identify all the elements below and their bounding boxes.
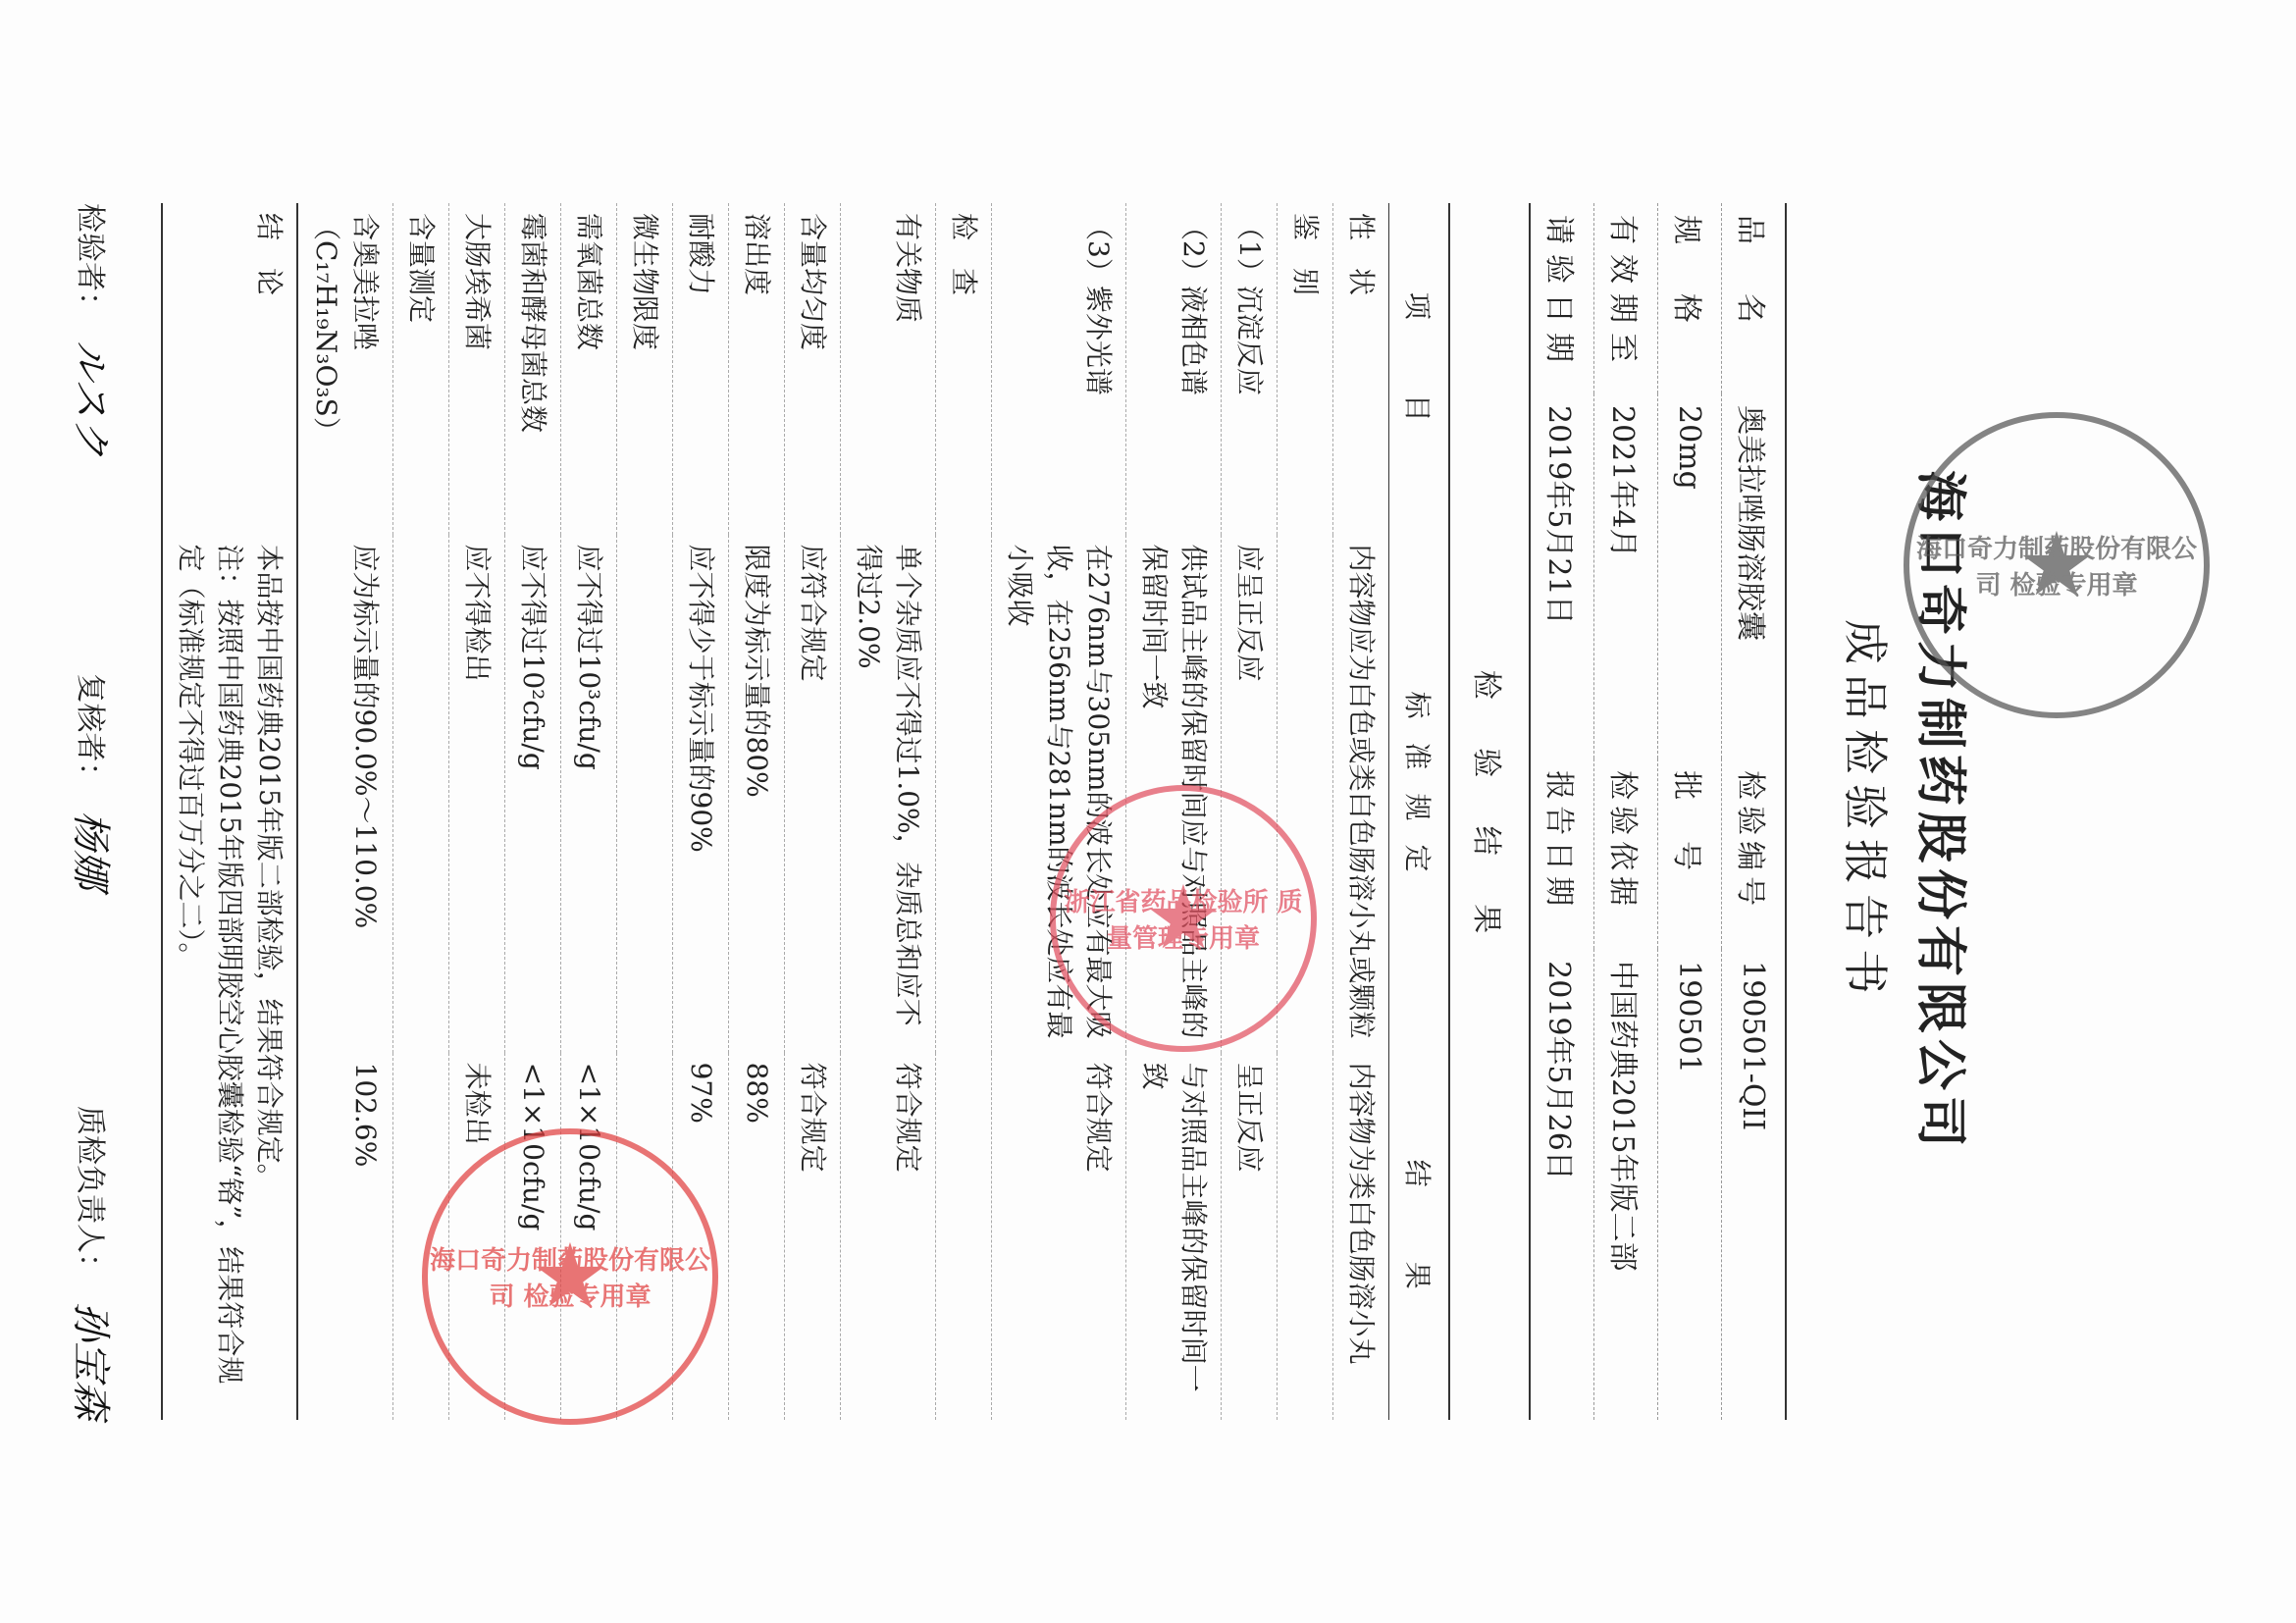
report-title: 成品检验报告书 — [1836, 125, 1901, 1498]
qc-signature: 质检负责人： 孙宝森 — [66, 1106, 122, 1420]
company-seal-stamp: ★ 海口奇力制药股份有限公司 检验专用章 — [1904, 412, 2210, 718]
row-standard — [617, 535, 673, 1053]
reviewer-signature: 复核者： 杨娜 — [66, 673, 122, 889]
row-standard: 单个杂质应不得过1.0%，杂质总和应不得过2.0% — [841, 535, 936, 1053]
stamp-text: 浙江省药品检验所 质量管理专用章 — [1056, 882, 1311, 955]
label-report-no: 检验编号 — [1722, 759, 1787, 949]
report-no: 190501-QII — [1722, 949, 1787, 1420]
row-item: 溶出度 — [729, 203, 785, 535]
info-row: 请验日期 2019年5月21日 报告日期 2019年5月26日 — [1530, 203, 1594, 1420]
row-result: 88% — [729, 1053, 785, 1420]
label-expiry: 有效期至 — [1594, 203, 1658, 393]
row-result: 符合规定 — [785, 1053, 841, 1420]
row-item: 耐酸力 — [673, 203, 729, 535]
quality-seal-stamp: ★ 浙江省药品检验所 质量管理专用章 — [1050, 785, 1317, 1052]
inspector-signature: 检验者： ルスク — [66, 203, 122, 457]
batch: 190501 — [1658, 949, 1722, 1420]
row-standard — [393, 535, 449, 1053]
table-row: 性 状内容物应为白色或类白色肠溶小丸或颗粒内容物为类白色肠溶小丸 — [1333, 203, 1389, 1420]
row-item: 含奥美拉唑（C₁₇H₁₉N₃O₃S） — [297, 203, 393, 535]
expiry: 2021年4月 — [1594, 393, 1658, 759]
stamp-text: 海口奇力制药股份有限公司 检验专用章 — [1909, 529, 2204, 602]
basis: 中国药典2015年版二部 — [1594, 949, 1658, 1420]
results-header: 项 目 标准规定 结 果 — [1389, 203, 1450, 1420]
row-standard: 应不得过10³cfu/g — [561, 535, 617, 1053]
inspector-label: 检验者： — [73, 203, 116, 321]
conclusion-note: 注：按照中国药典2015年版四部明胶空心胶囊检验“铬”，结果符合规定（标准规定不… — [171, 545, 249, 1411]
request-date: 2019年5月21日 — [1530, 393, 1594, 759]
row-result: 呈正反应 — [1222, 1053, 1278, 1420]
conclusion-text: 本品按中国药典2015年版二部检验，结果符合规定。 注：按照中国药典2015年版… — [162, 535, 297, 1421]
row-item: 微生物限度 — [617, 203, 673, 535]
label-batch: 批 号 — [1658, 759, 1722, 949]
info-row: 品 名 奥美拉唑肠溶胶囊 检验编号 190501-QII — [1722, 203, 1787, 1420]
qc-label: 质检负责人： — [73, 1106, 116, 1283]
row-item: 霉菌和酵母菌总数 — [505, 203, 561, 535]
info-table: 品 名 奥美拉唑肠溶胶囊 检验编号 190501-QII 规 格 20mg 批 … — [1529, 203, 1787, 1420]
row-standard: 限度为标示量的80% — [729, 535, 785, 1053]
conclusion-row: 结 论 本品按中国药典2015年版二部检验，结果符合规定。 注：按照中国药典20… — [162, 203, 297, 1420]
row-item: 需氧菌总数 — [561, 203, 617, 535]
row-result: 与对照品主峰的保留时间一致 — [1126, 1053, 1222, 1420]
inspector-name: ルスク — [66, 340, 122, 457]
scanned-page: 海口奇力制药股份有限公司 成品检验报告书 品 名 奥美拉唑肠溶胶囊 检验编号 1… — [0, 0, 2296, 1623]
reviewer-name: 杨娜 — [66, 811, 122, 889]
qc-name: 孙宝森 — [66, 1302, 122, 1420]
row-result: 符合规定 — [992, 1053, 1126, 1420]
signature-row: 检验者： ルスク 复核者： 杨娜 质检负责人： 孙宝森 — [66, 203, 122, 1420]
row-item: 含量均匀度 — [785, 203, 841, 535]
table-row: 含量均匀度应符合规定符合规定 — [785, 203, 841, 1420]
row-standard — [936, 535, 992, 1053]
label-report-date: 报告日期 — [1530, 759, 1594, 949]
row-result — [1278, 1053, 1333, 1420]
row-item: 大肠埃希菌 — [449, 203, 505, 535]
conclusion-statement: 本品按中国药典2015年版二部检验，结果符合规定。 — [249, 545, 288, 1411]
row-result: 102.6% — [297, 1053, 393, 1420]
table-row: 溶出度限度为标示量的80%88% — [729, 203, 785, 1420]
spec: 20mg — [1658, 393, 1722, 759]
row-result: 内容物为类白色肠溶小丸 — [1333, 1053, 1389, 1420]
table-row: 鉴 别 — [1278, 203, 1333, 1420]
col-item: 项 目 — [1389, 203, 1450, 535]
col-result: 结 果 — [1389, 1053, 1450, 1420]
label-request-date: 请验日期 — [1530, 203, 1594, 393]
row-item: 鉴 别 — [1278, 203, 1333, 535]
company-name: 海口奇力制药股份有限公司 — [1908, 125, 1982, 1498]
label-product-name: 品 名 — [1722, 203, 1787, 393]
info-row: 规 格 20mg 批 号 190501 — [1658, 203, 1722, 1420]
report-date: 2019年5月26日 — [1530, 949, 1594, 1420]
section-title: 检 验 结 果 — [1468, 125, 1511, 1498]
row-item: 检 查 — [936, 203, 992, 535]
table-row: 含奥美拉唑（C₁₇H₁₉N₃O₃S）应为标示量的90.0%～110.0%102.… — [297, 203, 393, 1420]
row-item: 性 状 — [1333, 203, 1389, 535]
row-item: 含量测定 — [393, 203, 449, 535]
label-spec: 规 格 — [1658, 203, 1722, 393]
stamp-text: 海口奇力制药股份有限公司 检验专用章 — [428, 1240, 712, 1313]
row-item: 有关物质 — [841, 203, 936, 535]
row-item: （3）紫外光谱 — [992, 203, 1126, 535]
row-standard: 应不得少于标示量的90% — [673, 535, 729, 1053]
row-item: （1）沉淀反应 — [1222, 203, 1278, 535]
row-standard: 应不得过10²cfu/g — [505, 535, 561, 1053]
row-standard: 应符合规定 — [785, 535, 841, 1053]
row-standard: 应不得检出 — [449, 535, 505, 1053]
inspection-seal-stamp: ★ 海口奇力制药股份有限公司 检验专用章 — [422, 1128, 718, 1425]
product-name: 奥美拉唑肠溶胶囊 — [1722, 393, 1787, 759]
info-row: 有效期至 2021年4月 检验依据 中国药典2015年版二部 — [1594, 203, 1658, 1420]
row-result: 符合规定 — [841, 1053, 936, 1420]
row-result — [936, 1053, 992, 1420]
reviewer-label: 复核者： — [73, 673, 116, 791]
col-standard: 标准规定 — [1389, 535, 1450, 1053]
row-item: （2）液相色谱 — [1126, 203, 1222, 535]
label-basis: 检验依据 — [1594, 759, 1658, 949]
row-standard: 应为标示量的90.0%～110.0% — [297, 535, 393, 1053]
table-row: 有关物质单个杂质应不得过1.0%，杂质总和应不得过2.0%符合规定 — [841, 203, 936, 1420]
row-standard: 内容物应为白色或类白色肠溶小丸或颗粒 — [1333, 535, 1389, 1053]
conclusion-label: 结 论 — [162, 203, 297, 535]
table-row: 检 查 — [936, 203, 992, 1420]
